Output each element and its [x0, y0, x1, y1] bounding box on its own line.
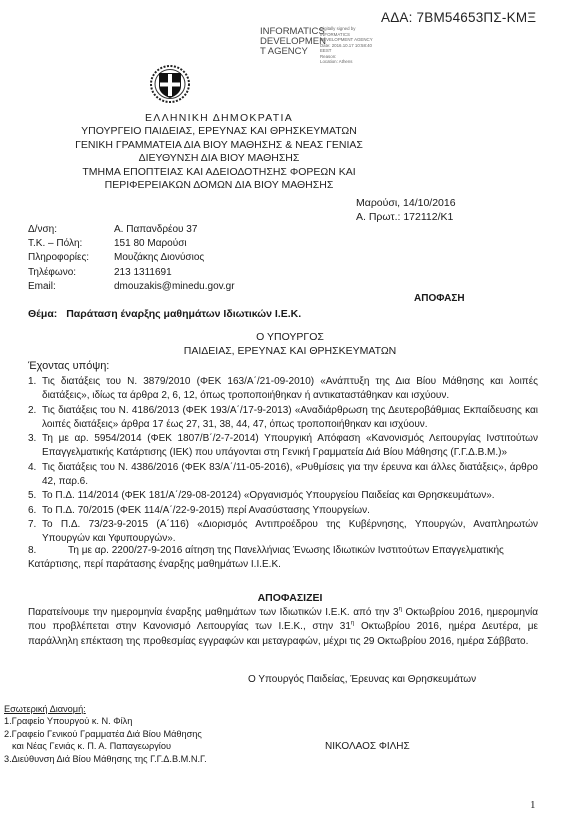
digital-signature-org: INFORMATICS DEVELOPMEN T AGENCY	[260, 27, 326, 57]
decides-heading: ΑΠΟΦΑΣΙΖΕΙ	[140, 592, 440, 604]
date-protocol-block: Μαρούσι, 14/10/2016 Α. Πρωτ.: 172112/Κ1	[356, 196, 456, 224]
internal-distribution: Εσωτερική Διανομή: 1.Γραφείο Υπουργού κ.…	[4, 703, 207, 765]
page-number: 1	[530, 799, 536, 811]
distribution-heading: Εσωτερική Διανομή:	[4, 703, 207, 715]
document-date: Μαρούσι, 14/10/2016	[356, 196, 456, 210]
subject-text: Παράταση έναρξης μαθημάτων Ιδιωτικών Ι.Ε…	[66, 308, 301, 320]
decision-part: Παρατείνουμε την ημερομηνία έναρξης μαθη…	[28, 607, 399, 618]
ada-code: ΑΔΑ: 7ΒΜ54653ΠΣ-ΚΜΞ	[381, 10, 536, 25]
list-item: 1.Τις διατάξεις του Ν. 3879/2010 (ΦΕΚ 16…	[28, 375, 538, 404]
contact-row: Email:dmouzakis@minedu.gov.gr	[28, 280, 235, 294]
minister-title-line: Ο ΥΠΟΥΡΓΟΣ	[140, 330, 440, 344]
signer-name: ΝΙΚΟΛΑΟΣ ΦΙΛΗΣ	[325, 741, 410, 752]
list-item: 6.Το Π.Δ. 70/2015 (ΦΕΚ 114/Α΄/22-9-2015)…	[28, 504, 538, 518]
greek-state-emblem-icon	[149, 64, 191, 104]
issuing-authority-header: ΕΛΛΗΝΙΚΗ ΔΗΜΟΚΡΑΤΙΑ ΥΠΟΥΡΓΕΙΟ ΠΑΙΔΕΙΑΣ, …	[40, 112, 398, 192]
email-value: dmouzakis@minedu.gov.gr	[114, 280, 235, 294]
signature-meta-line: Location: Athens	[320, 59, 373, 65]
contact-details: Δ/νση:Α. Παπανδρέου 37 Τ.Κ. – Πόλη:151 8…	[28, 223, 235, 294]
list-item: 7.Το Π.Δ. 73/23-9-2015 (Α΄116) «Διορισμό…	[28, 518, 538, 547]
minister-title: Ο ΥΠΟΥΡΓΟΣ ΠΑΙΔΕΙΑΣ, ΕΡΕΥΝΑΣ ΚΑΙ ΘΡΗΣΚΕΥ…	[140, 330, 440, 358]
document-type: ΑΠΟΦΑΣΗ	[414, 293, 465, 304]
contact-row: Πληροφορίες:Μουζάκης Διονύσιος	[28, 251, 235, 265]
header-line: ΔΙΕΥΘΥΝΣΗ ΔΙΑ ΒΙΟΥ ΜΑΘΗΣΗΣ	[40, 152, 398, 165]
legal-basis-list: 1.Τις διατάξεις του Ν. 3879/2010 (ΦΕΚ 16…	[28, 375, 538, 547]
list-item: 2.Τις διατάξεις του Ν. 4186/2013 (ΦΕΚ 19…	[28, 404, 538, 433]
minister-title-line: ΠΑΙΔΕΙΑΣ, ΕΡΕΥΝΑΣ ΚΑΙ ΘΡΗΣΚΕΥΜΑΤΩΝ	[140, 344, 440, 358]
protocol-number: Α. Πρωτ.: 172112/Κ1	[356, 210, 456, 224]
header-line: ΤΜΗΜΑ ΕΠΟΠΤΕΙΑΣ ΚΑΙ ΑΔΕΙΟΔΟΤΗΣΗΣ ΦΟΡΕΩΝ …	[40, 166, 398, 179]
distribution-line: 3.Διεύθυνση Διά Βίου Μάθησης της Γ.Γ.Δ.Β…	[4, 753, 207, 765]
having-regard-heading: Έχοντας υπόψη:	[28, 360, 109, 372]
item-number: 8.	[28, 544, 68, 558]
header-line: ΕΛΛΗΝΙΚΗ ΔΗΜΟΚΡΑΤΙΑ	[40, 112, 398, 125]
contact-row: Δ/νση:Α. Παπανδρέου 37	[28, 223, 235, 237]
distribution-line: 2.Γραφείο Γενικού Γραμματέα Διά Βίου Μάθ…	[4, 728, 207, 740]
item-text: Τη με αρ. 2200/27-9-2016 αίτηση της Πανε…	[28, 545, 504, 570]
header-line: ΠΕΡΙΦΕΡΕΙΑΚΩΝ ΔΟΜΩΝ ΔΙΑ ΒΙΟΥ ΜΑΘΗΣΗΣ	[40, 179, 398, 192]
header-line: ΥΠΟΥΡΓΕΙΟ ΠΑΙΔΕΙΑΣ, ΕΡΕΥΝΑΣ ΚΑΙ ΘΡΗΣΚΕΥΜ…	[40, 125, 398, 138]
contact-row: Τηλέφωνο:213 1311691	[28, 266, 235, 280]
list-item: 5.Το Π.Δ. 114/2014 (ΦΕΚ 181/Α΄/29-08-201…	[28, 489, 538, 503]
list-item-8: 8.Τη με αρ. 2200/27-9-2016 αίτηση της Πα…	[28, 544, 538, 573]
digital-signature-meta: Digitally signed by INFORMATICS DEVELOPM…	[320, 26, 373, 65]
header-line: ΓΕΝΙΚΗ ΓΡΑΜΜΑΤΕΙΑ ΔΙΑ ΒΙΟΥ ΜΑΘΗΣΗΣ & ΝΕΑ…	[40, 139, 398, 152]
signature-org-line: T AGENCY	[260, 47, 326, 57]
signature-meta-line: DEVELOPMENT AGENCY	[320, 37, 373, 43]
contact-row: Τ.Κ. – Πόλη:151 80 Μαρούσι	[28, 237, 235, 251]
subject-line: Θέμα: Παράταση έναρξης μαθημάτων Ιδιωτικ…	[28, 308, 301, 320]
distribution-line: και Νέας Γενιάς κ. Π. Α. Παπαγεωργίου	[4, 740, 207, 752]
subject-label: Θέμα:	[28, 308, 57, 320]
distribution-line: 1.Γραφείο Υπουργού κ. Ν. Φίλη	[4, 715, 207, 727]
signer-title: Ο Υπουργός Παιδείας, Έρευνας και Θρησκευ…	[248, 674, 476, 685]
list-item: 3.Τη με αρ. 5954/2014 (ΦΕΚ 1807/Β΄/2-7-2…	[28, 432, 538, 461]
decision-text: Παρατείνουμε την ημερομηνία έναρξης μαθη…	[28, 606, 538, 649]
list-item: 4.Τις διατάξεις του Ν. 4386/2016 (ΦΕΚ 83…	[28, 461, 538, 490]
